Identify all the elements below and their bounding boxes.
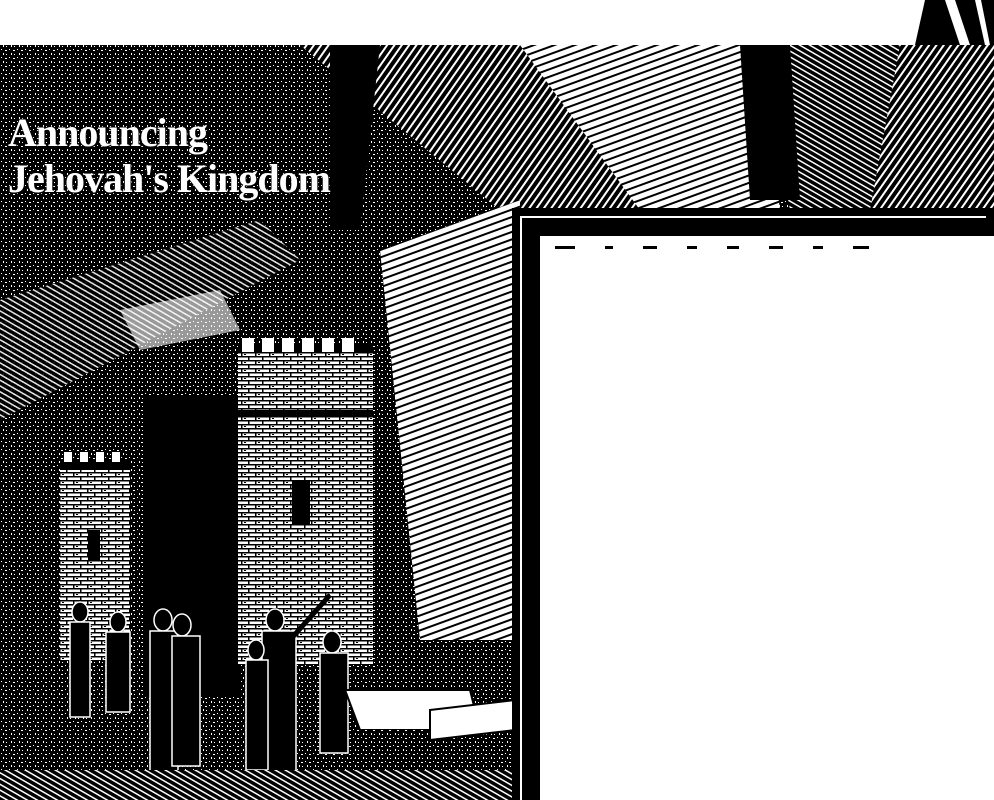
title-line-1: Announcing (8, 110, 330, 156)
top-margin (0, 0, 915, 45)
cover-title: Announcing Jehovah's Kingdom (8, 110, 330, 202)
blank-region (546, 250, 994, 800)
panel-heading-fragment (555, 244, 945, 250)
corner-artwork (915, 0, 994, 45)
title-line-2: Jehovah's Kingdom (8, 156, 330, 202)
